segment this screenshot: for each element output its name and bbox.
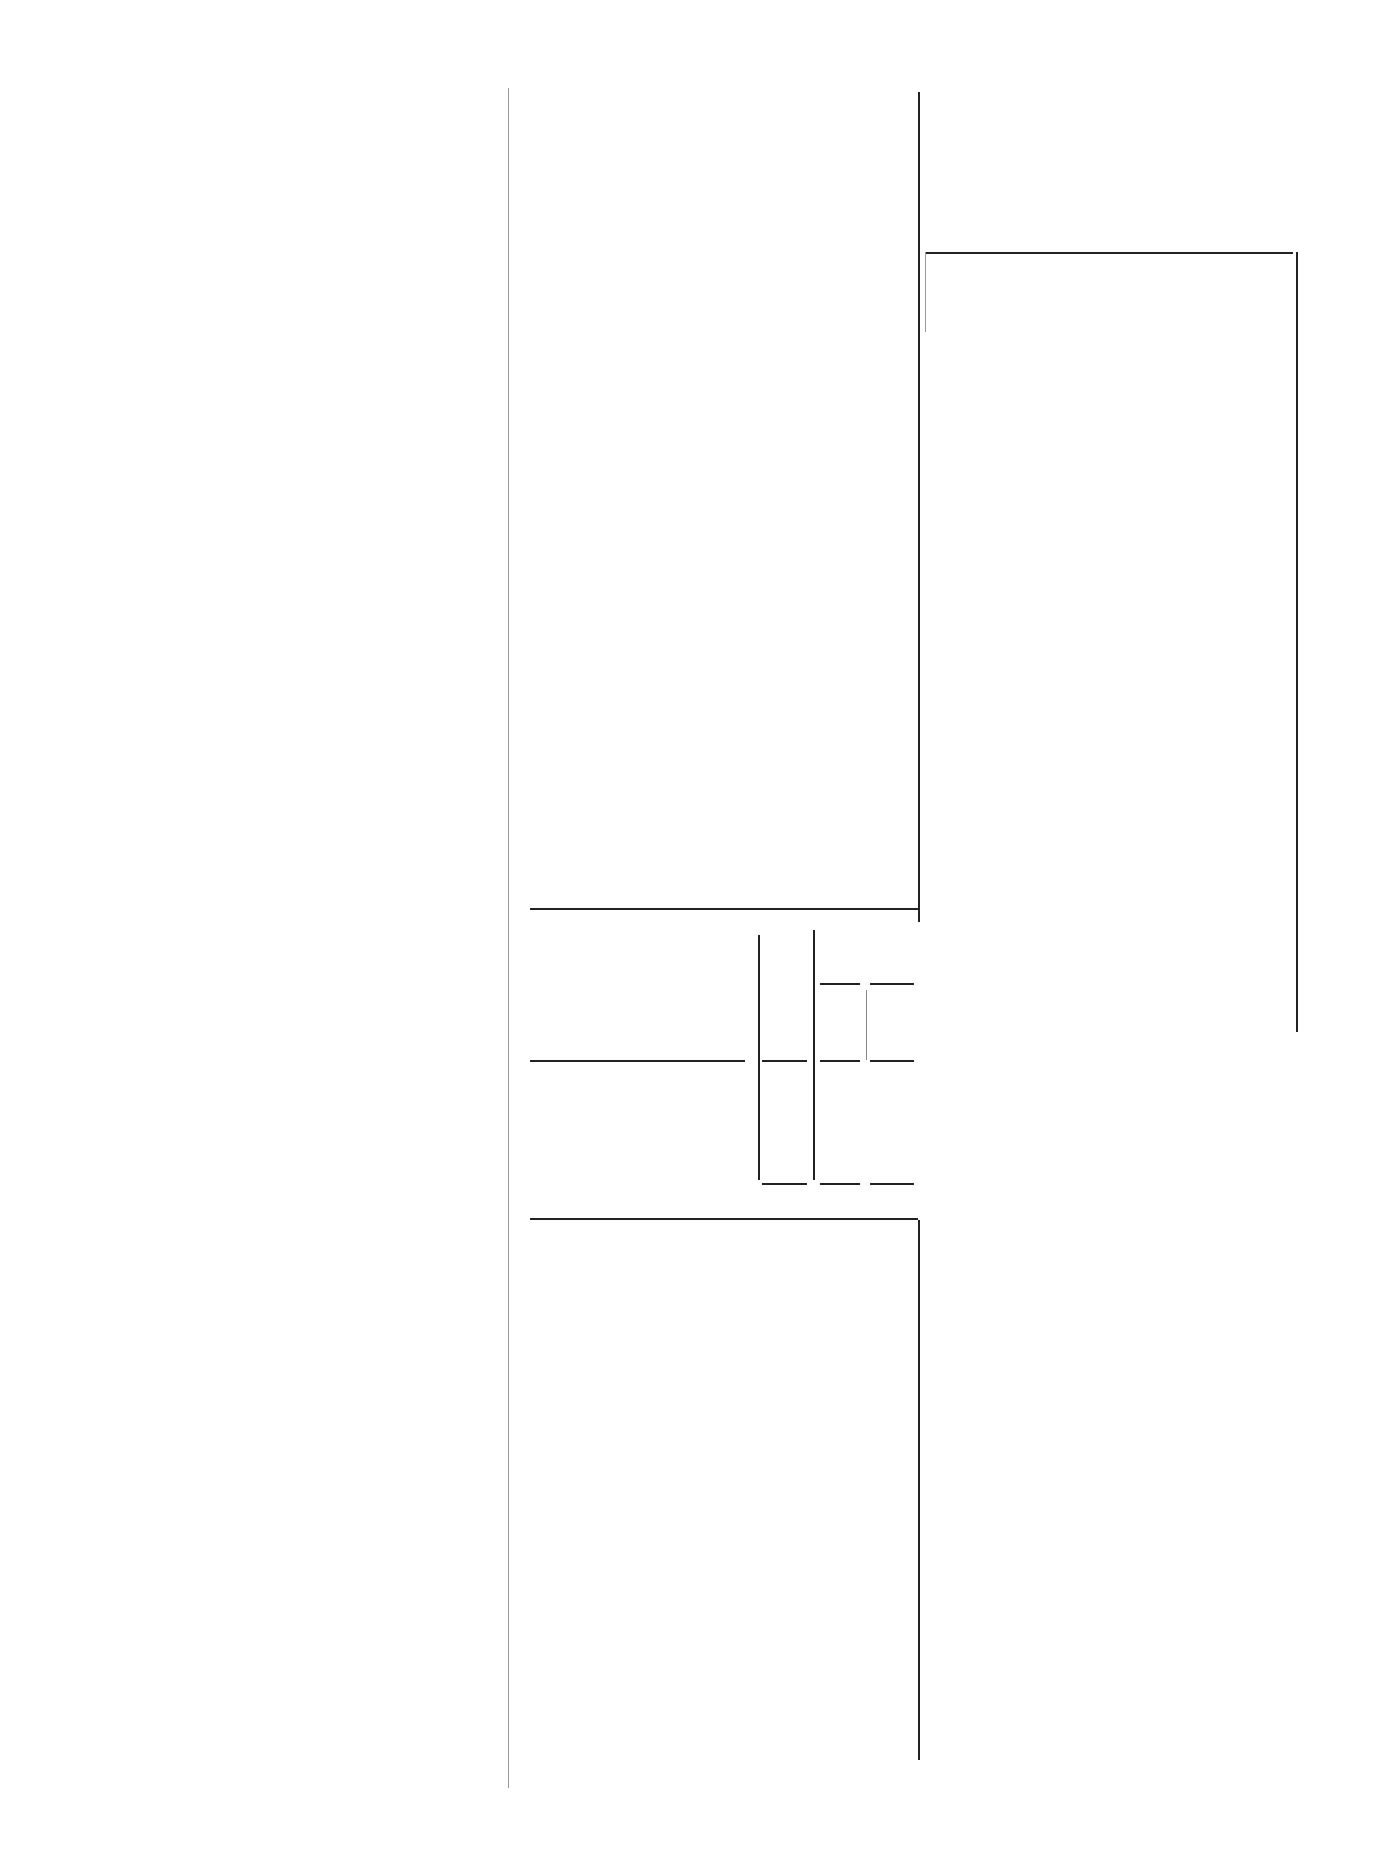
column-divider — [918, 92, 920, 922]
table-rule — [870, 983, 914, 985]
signature-2 — [930, 262, 1292, 290]
signature-1 — [128, 288, 500, 316]
table-total-row — [530, 1190, 915, 1212]
table-rule — [530, 1060, 745, 1062]
address-line-2 — [128, 204, 500, 232]
article-subtitle — [128, 124, 500, 148]
table-rule — [762, 1060, 807, 1062]
column-3 — [925, 97, 1293, 149]
column-right-rule — [1296, 252, 1298, 1032]
article-title — [128, 88, 500, 124]
table-rule — [820, 983, 860, 985]
remark-e — [925, 97, 1293, 149]
column-3-body — [930, 262, 1292, 318]
closing-2 — [128, 260, 500, 288]
signature-title-1 — [128, 316, 500, 344]
table-rule — [870, 1060, 914, 1062]
addressee — [128, 344, 500, 374]
closing-1 — [128, 232, 500, 260]
address-line-1 — [128, 176, 500, 204]
table-rule — [758, 935, 760, 1180]
column-divider — [918, 1220, 920, 1760]
table-top-rule — [530, 908, 918, 910]
table-rule — [762, 1183, 807, 1185]
table-rule — [820, 1183, 860, 1185]
table-rule — [870, 1183, 914, 1185]
table-rule — [813, 930, 815, 1180]
article-source — [128, 148, 500, 176]
signature-title-2 — [930, 290, 1292, 318]
section-rule — [925, 252, 1293, 254]
table-rule — [820, 1060, 860, 1062]
table-rule — [866, 990, 867, 1060]
table-bottom-rule — [530, 1218, 918, 1220]
column-1 — [128, 88, 500, 374]
column-divider — [925, 252, 926, 332]
wounds-table — [530, 915, 915, 1215]
column-divider — [508, 88, 509, 1788]
